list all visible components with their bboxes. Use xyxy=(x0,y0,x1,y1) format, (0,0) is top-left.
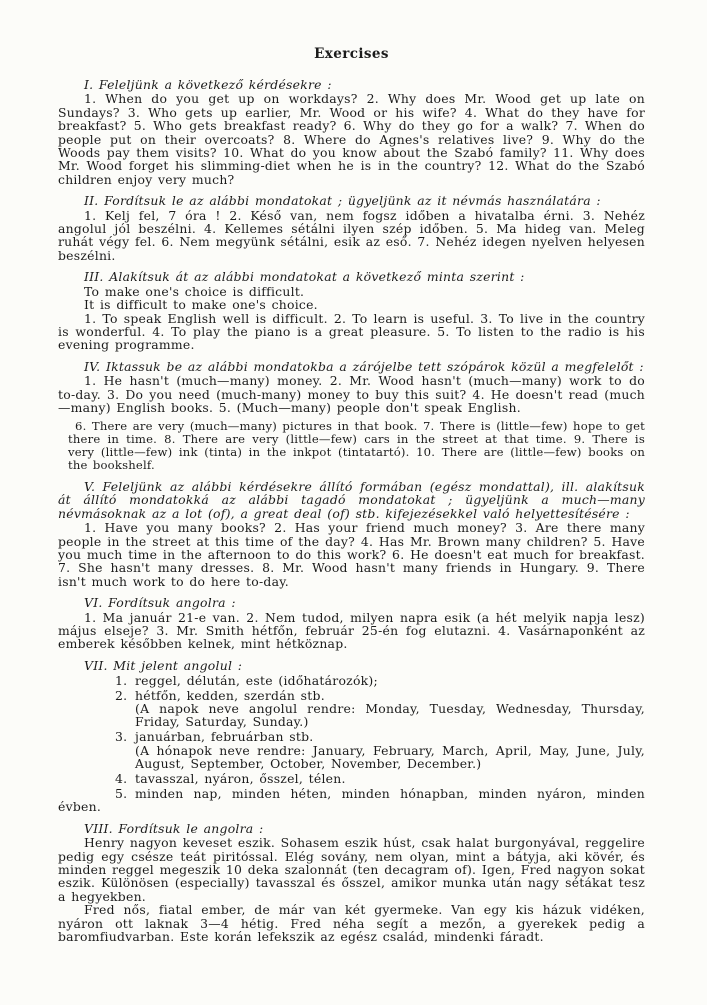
list-item-text: tavasszal, nyáron, ősszel, télen. xyxy=(135,771,346,786)
section-v: V. Feleljünk az alábbi kérdésekre állító… xyxy=(58,480,645,588)
section-i: I. Feleljünk a következő kérdésekre : 1.… xyxy=(58,78,645,186)
book-page: Exercises I. Feleljünk a következő kérdé… xyxy=(0,0,707,1005)
section-iii: III. Alakítsuk át az alábbi mondatokat a… xyxy=(58,270,645,351)
list-item-number: 5. xyxy=(115,787,135,800)
list-item: 2.hétfőn, kedden, szerdán stb. xyxy=(58,689,645,702)
section-iii-heading: III. Alakítsuk át az alábbi mondatokat a… xyxy=(58,270,645,283)
section-ii-paragraph: 1. Kelj fel, 7 óra ! 2. Késő van, nem fo… xyxy=(58,209,645,263)
section-iv: IV. Iktassuk be az alábbi mondatokba a z… xyxy=(58,360,645,472)
section-vi-paragraph: 1. Ma január 21-e van. 2. Nem tudod, mil… xyxy=(58,611,645,651)
section-vii: VII. Mit jelent angolul : 1.reggel, délu… xyxy=(58,659,645,814)
section-vii-heading: VII. Mit jelent angolul : xyxy=(58,659,645,672)
section-viii: VIII. Fordítsuk le angolra : Henry nagyo… xyxy=(58,822,645,944)
section-ii: II. Fordítsuk le az alábbi mondatokat ; … xyxy=(58,194,645,262)
section-iii-example-2: It is difficult to make one's choice. xyxy=(58,298,645,311)
list-item-number: 3. xyxy=(115,730,135,743)
page-title: Exercises xyxy=(58,46,645,62)
list-item-text: reggel, délután, este (időhatározók); xyxy=(135,673,378,688)
list-item-number: 2. xyxy=(115,689,135,702)
section-ii-heading: II. Fordítsuk le az alábbi mondatokat ; … xyxy=(58,194,645,207)
section-iv-heading: IV. Iktassuk be az alábbi mondatokba a z… xyxy=(58,360,645,373)
section-iv-small-paragraph: 6. There are very (much—many) pictures i… xyxy=(68,420,645,472)
section-iii-paragraph: 1. To speak English well is difficult. 2… xyxy=(58,312,645,352)
section-viii-heading: VIII. Fordítsuk le angolra : xyxy=(58,822,645,835)
list-item: 4.tavasszal, nyáron, ősszel, télen. xyxy=(58,772,645,785)
section-i-paragraph: 1. When do you get up on workdays? 2. Wh… xyxy=(58,92,645,186)
section-vi: VI. Fordítsuk angolra : 1. Ma január 21-… xyxy=(58,596,645,651)
list-item-note: (A napok neve angolul rendre: Monday, Tu… xyxy=(135,702,645,729)
list-item: 5.minden nap, minden héten, minden hónap… xyxy=(58,787,645,814)
section-viii-paragraph-1: Henry nagyon keveset eszik. Sohasem eszi… xyxy=(58,836,645,903)
section-v-heading: V. Feleljünk az alábbi kérdésekre állító… xyxy=(58,480,645,520)
list-item-note: (A hónapok neve rendre: January, Februar… xyxy=(135,744,645,771)
list-item: 3.januárban, februárban stb. xyxy=(58,730,645,743)
section-iv-paragraph: 1. He hasn't (much—many) money. 2. Mr. W… xyxy=(58,374,645,414)
list-item: 1.reggel, délután, este (időhatározók); xyxy=(58,674,645,687)
list-item-number: 4. xyxy=(115,772,135,785)
section-iii-example-1: To make one's choice is difficult. xyxy=(58,285,645,298)
list-item-number: 1. xyxy=(115,674,135,687)
section-i-heading: I. Feleljünk a következő kérdésekre : xyxy=(58,78,645,91)
section-v-paragraph: 1. Have you many books? 2. Has your frie… xyxy=(58,521,645,588)
list-item-text: minden nap, minden héten, minden hónapba… xyxy=(58,786,645,814)
section-vi-heading: VI. Fordítsuk angolra : xyxy=(58,596,645,609)
section-viii-paragraph-2: Fred nős, fiatal ember, de már van két g… xyxy=(58,903,645,943)
